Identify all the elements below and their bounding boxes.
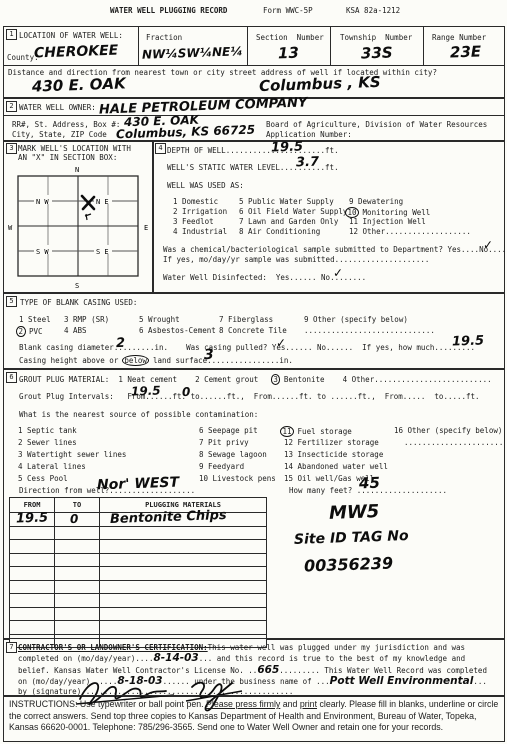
contam-pit-privy: 7 Pit privy bbox=[199, 438, 249, 447]
application-number-label: Application Number: bbox=[266, 130, 352, 139]
section-5-casing: 5 TYPE OF BLANK CASING USED: 1 Steel 3 R… bbox=[3, 292, 505, 370]
owner-label: WATER WELL OWNER: bbox=[19, 103, 96, 112]
casing-height-line: Casing height above or below land surfac… bbox=[19, 355, 293, 366]
instructions-part-1: INSTRUCTIONS: Use typewriter or ball poi… bbox=[9, 699, 206, 709]
form-statute: KSA 82a-1212 bbox=[346, 6, 400, 15]
how-much-pulled-value-handwritten: 19.5 bbox=[452, 334, 485, 348]
table-row bbox=[10, 594, 267, 608]
contam-cess-pool: 5 Cess Pool bbox=[18, 474, 68, 483]
use-option-lawn-garden: 7 Lawn and Garden Only bbox=[239, 217, 338, 226]
casing-option-rmp: 3 RMP (SR) bbox=[64, 315, 109, 324]
plugging-materials-table: FROM TO PLUGGING MATERIALS 19.5 0 Benton… bbox=[9, 497, 267, 648]
depth-value-handwritten: 19.5 bbox=[271, 140, 304, 154]
contam-other: 16 Other (specify below) bbox=[394, 426, 502, 435]
quadrant-ne-label: N E bbox=[96, 198, 109, 206]
table-row bbox=[10, 540, 267, 554]
site-id-tag-note-handwritten: Site ID TAG No bbox=[294, 529, 409, 547]
below-circled-word: below bbox=[122, 355, 150, 366]
contam-lateral-lines: 4 Lateral lines bbox=[18, 462, 86, 471]
city-state-handwritten: Columbus , KS bbox=[259, 75, 381, 94]
well-used-as-label: WELL WAS USED AS: bbox=[167, 181, 244, 190]
to-value-handwritten: 0 bbox=[70, 513, 79, 525]
instructions-press-firmly-underlined: Please press firmly bbox=[206, 699, 280, 709]
use-option-industrial: 4 Industrial bbox=[173, 227, 227, 236]
contam-seepage-pit: 6 Seepage pit bbox=[199, 426, 258, 435]
section-number-cell: Section Number 13 bbox=[248, 27, 331, 65]
casing-option-steel: 1 Steel bbox=[19, 315, 51, 324]
section-number-value-handwritten: 13 bbox=[278, 46, 299, 62]
instructions-part-2: and bbox=[280, 699, 300, 709]
fraction-cell: Fraction NW¼SW¼NE¼ bbox=[139, 27, 248, 65]
grout-intervals-line: Grout Plug Intervals: From......ft. to..… bbox=[19, 392, 480, 401]
casing-pulled-yes-checkmark: ✓ bbox=[276, 337, 286, 349]
range-number-value-handwritten: 23E bbox=[450, 44, 482, 60]
pvc-label: PVC bbox=[25, 327, 43, 336]
to-cell: 0 bbox=[55, 513, 100, 527]
table-row bbox=[10, 567, 267, 581]
township-number-label: Township Number bbox=[340, 33, 412, 42]
sample-submitted-question: Was a chemical/bacteriological sample su… bbox=[163, 245, 506, 254]
section-1-title: LOCATION OF WATER WELL: bbox=[19, 31, 123, 40]
contamination-question: What is the nearest source of possible c… bbox=[19, 410, 258, 419]
county-value-handwritten: CHEROKEE bbox=[34, 44, 119, 61]
form-title: WATER WELL PLUGGING RECORD bbox=[110, 6, 227, 15]
section-box-grid: N S W E N W N E S W S E bbox=[6, 164, 151, 290]
range-number-label: Range Number bbox=[432, 33, 486, 42]
section-number-label: Section Number bbox=[256, 33, 324, 42]
table-row: 19.5 0 Bentonite Chips bbox=[10, 513, 267, 527]
city-value-handwritten: Columbus, KS 66725 bbox=[116, 124, 255, 141]
fraction-label: Fraction bbox=[146, 33, 182, 42]
section-2-number: 2 bbox=[6, 101, 17, 112]
contam-abandoned-well: 14 Abandoned water well bbox=[284, 462, 388, 471]
use-option-injection-well: 11 Injection Well bbox=[349, 217, 426, 226]
grout-material-post: Bentonite 4 Other.......................… bbox=[279, 375, 491, 384]
section-1-number: 1 bbox=[6, 29, 17, 40]
township-number-value-handwritten: 33S bbox=[361, 45, 393, 61]
board-of-agriculture-label: Board of Agriculture, Division of Water … bbox=[266, 120, 487, 129]
section-3-number: 3 bbox=[6, 143, 17, 154]
casing-height-pre: Casing height above or bbox=[19, 356, 123, 365]
contam-livestock-pens: 10 Livestock pens bbox=[199, 474, 276, 483]
instructions-text: INSTRUCTIONS: Use typewriter or ball poi… bbox=[9, 699, 499, 734]
quadrant-sw-label: S W bbox=[36, 248, 49, 256]
direction-value-handwritten: Nor' WEST bbox=[97, 476, 179, 493]
plugged-date-handwritten: 8-14-03 bbox=[153, 652, 198, 664]
from-value-handwritten: 19.5 bbox=[16, 511, 49, 525]
township-number-cell: Township Number 33S bbox=[331, 27, 424, 65]
city-label: City, State, ZIP Code : bbox=[12, 130, 120, 139]
casing-height-post: land surface................in. bbox=[148, 356, 293, 365]
casing-diameter-line: Blank casing diameter.........in. Was ca… bbox=[19, 343, 475, 352]
fraction-value-handwritten: NW¼SW¼NE¼ bbox=[142, 45, 243, 61]
owner-row-divider bbox=[4, 115, 504, 116]
contam-fuel-storage: 11 Fuel storage bbox=[281, 426, 352, 437]
section-3-title-line1: MARK WELL'S LOCATION WITH bbox=[18, 144, 131, 153]
from-cell: 19.5 bbox=[10, 513, 55, 527]
use-option-domestic: 1 Domestic bbox=[173, 197, 218, 206]
casing-option-abs: 4 ABS bbox=[64, 326, 87, 335]
section-5-title: TYPE OF BLANK CASING USED: bbox=[20, 298, 137, 307]
fuel-storage-circled-number: 11 bbox=[280, 426, 294, 437]
table-row bbox=[10, 553, 267, 567]
interval-from-value-handwritten: 19.5 bbox=[131, 384, 161, 397]
contam-sewer-lines: 2 Sewer lines bbox=[18, 438, 77, 447]
use-option-dewatering: 9 Dewatering bbox=[349, 197, 403, 206]
use-option-public-water: 5 Public Water Supply bbox=[239, 197, 334, 206]
certification-title: CONTRACTOR'S OR LANDOWNER'S CERTIFICATIO… bbox=[18, 643, 208, 652]
section-6-number: 6 bbox=[6, 372, 17, 383]
owner-value-handwritten: HALE PETROLEUM COMPANY bbox=[99, 96, 308, 116]
grout-material-line: GROUT PLUG MATERIAL: 1 Neat cement 2 Cem… bbox=[19, 374, 492, 385]
section-1-location: 1 LOCATION OF WATER WELL: County: CHEROK… bbox=[3, 26, 505, 99]
casing-option-other: 9 Other (specify below) bbox=[304, 315, 408, 324]
contam-insecticide-storage: 13 Insecticide storage bbox=[284, 450, 383, 459]
use-option-irrigation: 2 Irrigation bbox=[173, 207, 227, 216]
sample-date-label: If yes, mo/day/yr sample was submitted..… bbox=[163, 255, 429, 264]
static-water-value-handwritten: 3.7 bbox=[296, 156, 319, 170]
contam-sewage-lagoon: 8 Sewage lagoon bbox=[199, 450, 267, 459]
water-well-plugging-record-form: WATER WELL PLUGGING RECORD Form WWC-5P K… bbox=[0, 0, 507, 744]
section-4-well-data: 4 DEPTH OF WELL......................ft.… bbox=[152, 140, 505, 294]
casing-option-concrete-tile: 8 Concrete Tile bbox=[219, 326, 287, 335]
table-row bbox=[10, 607, 267, 621]
instructions-box: INSTRUCTIONS: Use typewriter or ball poi… bbox=[3, 695, 505, 742]
contam-septic-tank: 1 Septic tank bbox=[18, 426, 77, 435]
site-id-number-handwritten: 00356239 bbox=[304, 555, 394, 574]
depth-of-well-label: DEPTH OF WELL......................ft. bbox=[167, 146, 339, 155]
table-row bbox=[10, 621, 267, 635]
contam-watertight-sewer: 3 Watertight sewer lines bbox=[18, 450, 126, 459]
casing-option-wrought: 5 Wrought bbox=[139, 315, 180, 324]
to-header: TO bbox=[55, 498, 100, 513]
use-option-feedlot: 3 Feedlot bbox=[173, 217, 214, 226]
section-3-title-line2: AN "X" IN SECTION BOX: bbox=[18, 153, 117, 162]
compass-e-label: E bbox=[144, 224, 148, 232]
section-4-number: 4 bbox=[155, 143, 166, 154]
use-option-other: 12 Other................... bbox=[349, 227, 471, 236]
street-address-handwritten: 430 E. OAK bbox=[32, 76, 126, 94]
compass-s-label: S bbox=[75, 282, 79, 290]
compass-w-label: W bbox=[8, 224, 13, 232]
casing-height-value-handwritten: 3 bbox=[204, 348, 214, 362]
section-5-number: 5 bbox=[6, 296, 17, 307]
section-7-certification: 7 CONTRACTOR'S OR LANDOWNER'S CERTIFICAT… bbox=[3, 638, 505, 697]
instructions-print-underlined: print bbox=[300, 699, 317, 709]
feet-value-handwritten: 45 bbox=[359, 476, 380, 492]
well-location-x-mark bbox=[82, 196, 94, 220]
license-number-handwritten: 665 bbox=[257, 664, 279, 676]
fuel-storage-label: Fuel storage bbox=[293, 427, 352, 436]
business-name-handwritten: Pott Well Environmental bbox=[330, 675, 474, 687]
casing-diameter-value-handwritten: 2 bbox=[116, 337, 125, 350]
interval-to-value-handwritten: 0 bbox=[182, 386, 191, 398]
section-6-grout: 6 GROUT PLUG MATERIAL: 1 Neat cement 2 C… bbox=[3, 368, 505, 640]
use-option-air-conditioning: 8 Air Conditioning bbox=[239, 227, 320, 236]
sample-no-checkmark: ✓ bbox=[483, 239, 493, 251]
section-2-owner: 2 WATER WELL OWNER: HALE PETROLEUM COMPA… bbox=[3, 97, 505, 142]
section-3-location-grid: 3 MARK WELL'S LOCATION WITH AN "X" IN SE… bbox=[3, 140, 154, 294]
range-number-cell: Range Number 23E bbox=[424, 27, 504, 65]
casing-option-pvc: 2 PVC bbox=[17, 326, 43, 337]
contam-other-dots: ...................... bbox=[404, 438, 503, 447]
monitoring-well-label: Monitoring Well bbox=[358, 208, 430, 217]
casing-option-asbestos: 6 Asbestos-Cement bbox=[139, 326, 216, 335]
table-row bbox=[10, 580, 267, 594]
materials-value-handwritten: Bentonite Chips bbox=[110, 509, 227, 526]
county-cell: 1 LOCATION OF WATER WELL: County: CHEROK… bbox=[4, 27, 139, 65]
well-id-note-handwritten: MW5 bbox=[329, 503, 380, 523]
quadrant-se-label: S E bbox=[96, 248, 109, 256]
compass-n-label: N bbox=[75, 166, 79, 174]
contam-fertilizer-storage: 12 Fertilizer storage bbox=[284, 438, 379, 447]
address-label: RR#, St. Address, Box #: bbox=[12, 120, 120, 129]
form-number: Form WWC-5P bbox=[263, 6, 313, 15]
use-option-oil-field: 6 Oil Field Water Supply bbox=[239, 207, 347, 216]
table-row bbox=[10, 526, 267, 540]
casing-option-fiberglass: 7 Fiberglass bbox=[219, 315, 273, 324]
casing-other-dots: ............................. bbox=[304, 326, 435, 335]
contam-feedyard: 9 Feedyard bbox=[199, 462, 244, 471]
section-7-number: 7 bbox=[6, 642, 17, 653]
materials-cell: Bentonite Chips bbox=[100, 513, 267, 527]
quadrant-nw-label: N W bbox=[36, 198, 49, 206]
grout-material-pre: GROUT PLUG MATERIAL: 1 Neat cement 2 Cem… bbox=[19, 375, 272, 384]
disinfected-no-checkmark: ✓ bbox=[333, 267, 343, 279]
